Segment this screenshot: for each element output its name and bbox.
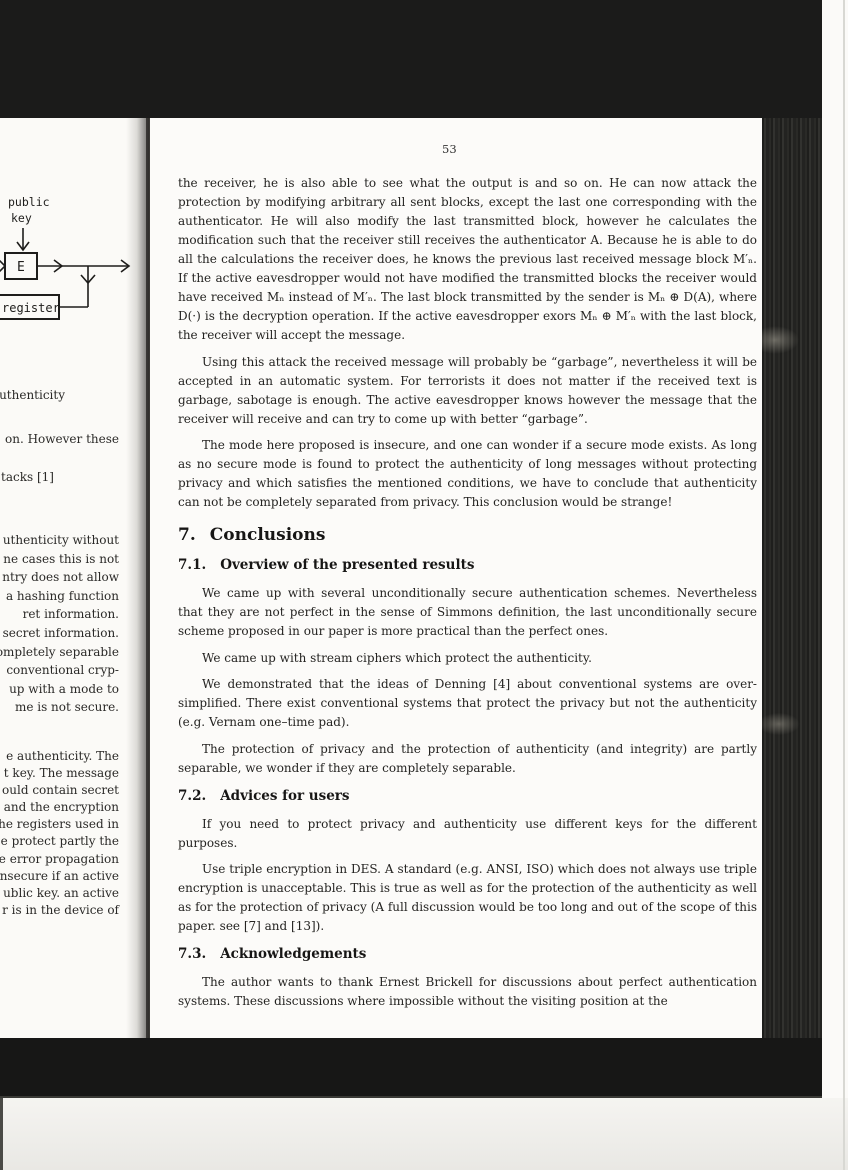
left-page-text-fragment: ne cases this is not xyxy=(0,550,119,569)
block-cipher-diagram: public key E xyxy=(0,190,140,340)
main-page: 53 the receiver, he is also able to see … xyxy=(150,116,763,1038)
diagram-e-box-label: E xyxy=(17,260,25,275)
section-number: 7. xyxy=(178,525,196,545)
paragraph: We came up with stream ciphers which pro… xyxy=(178,649,757,668)
left-page-fragment-block: uthenticity withoutne cases this is notn… xyxy=(0,531,119,717)
left-page-fragment-block: e authenticity. Thet key. The messageoul… xyxy=(0,748,119,919)
diagram-public-label: public xyxy=(8,195,50,209)
paragraph: We came up with several unconditionally … xyxy=(178,584,757,641)
scanner-background-bottom xyxy=(0,1098,848,1170)
left-page-text-fragment: ould contain secret xyxy=(0,782,119,799)
left-page-text-fragment: t key. The message xyxy=(0,765,119,782)
book-gutter-line xyxy=(146,116,149,1038)
paragraph: the receiver, he is also able to see wha… xyxy=(178,174,757,345)
diagram-key-label: key xyxy=(11,211,32,225)
paragraph: The author wants to thank Ernest Brickel… xyxy=(178,973,757,1011)
left-page-text-fragment: conventional cryp- xyxy=(0,661,119,680)
left-page-text-fragment: ntry does not allow xyxy=(0,568,119,587)
subsection-number: 7.1. xyxy=(178,557,206,573)
left-page-text-fragment: uthenticity xyxy=(0,388,65,402)
scan-left-edge-line xyxy=(0,1098,3,1170)
page-number: 53 xyxy=(442,142,457,156)
diagram-arrow-feedback xyxy=(59,266,95,307)
left-page-text-fragment: e error propagation xyxy=(0,851,119,868)
paragraph: The mode here proposed is insecure, and … xyxy=(178,436,757,512)
subsection-number: 7.2. xyxy=(178,788,206,804)
left-page-text-fragment: up with a mode to xyxy=(0,680,119,699)
scanned-paper-page: public key E xyxy=(0,0,848,1170)
paragraph: We demonstrated that the ideas of Dennin… xyxy=(178,675,757,732)
left-page-text-fragment: ret information. xyxy=(0,605,119,624)
left-page-text-fragment: e protect partly the xyxy=(0,833,119,850)
book-fore-edge-pages xyxy=(762,100,822,1060)
left-page-text-fragment: e authenticity. The xyxy=(0,748,119,765)
subsection-heading-acknowledgements: 7.3.Acknowledgements xyxy=(178,945,757,964)
left-page-text-fragment: nsecure if an active xyxy=(0,868,119,885)
paragraph: The protection of privacy and the protec… xyxy=(178,740,757,778)
left-page-text-fragment: he registers used in xyxy=(0,816,119,833)
left-page-text-fragment: and the encryption xyxy=(0,799,119,816)
subsection-number: 7.3. xyxy=(178,946,206,962)
diagram-register-label: register xyxy=(2,301,60,315)
scan-black-band-bottom xyxy=(0,1038,822,1098)
subsection-heading-advices: 7.2.Advices for users xyxy=(178,787,757,806)
paragraph: If you need to protect privacy and authe… xyxy=(178,815,757,853)
left-page-text-fragment: a hashing function xyxy=(0,587,119,606)
scan-right-edge-line xyxy=(843,0,845,1170)
section-heading-conclusions: 7.Conclusions xyxy=(178,526,757,545)
subsection-title: Acknowledgements xyxy=(220,946,366,962)
subsection-title: Advices for users xyxy=(220,788,349,804)
diagram-arrow-output xyxy=(37,260,129,272)
left-page-text-fragment: tacks [1] xyxy=(1,470,54,484)
left-page-text-fragment: me is not secure. xyxy=(0,698,119,717)
page-body-text: the receiver, he is also able to see wha… xyxy=(178,174,757,1019)
paragraph: Use triple encryption in DES. A standard… xyxy=(178,860,757,936)
left-page-text-fragment: r is in the device of xyxy=(0,902,119,919)
subsection-title: Overview of the presented results xyxy=(220,557,474,573)
left-page-text-fragment: secret information. xyxy=(0,624,119,643)
left-page-text-fragment: ompletely separable xyxy=(0,643,119,662)
diagram-arrow-key-down xyxy=(17,228,29,250)
left-page-text-fragment: on. However these xyxy=(5,432,119,446)
section-title: Conclusions xyxy=(210,525,326,545)
left-page-text-fragment: uthenticity without xyxy=(0,531,119,550)
scan-black-band-top xyxy=(0,0,822,118)
subsection-heading-overview: 7.1.Overview of the presented results xyxy=(178,556,757,575)
paragraph: Using this attack the received message w… xyxy=(178,353,757,429)
left-page-text-fragment: ublic key. an active xyxy=(0,885,119,902)
